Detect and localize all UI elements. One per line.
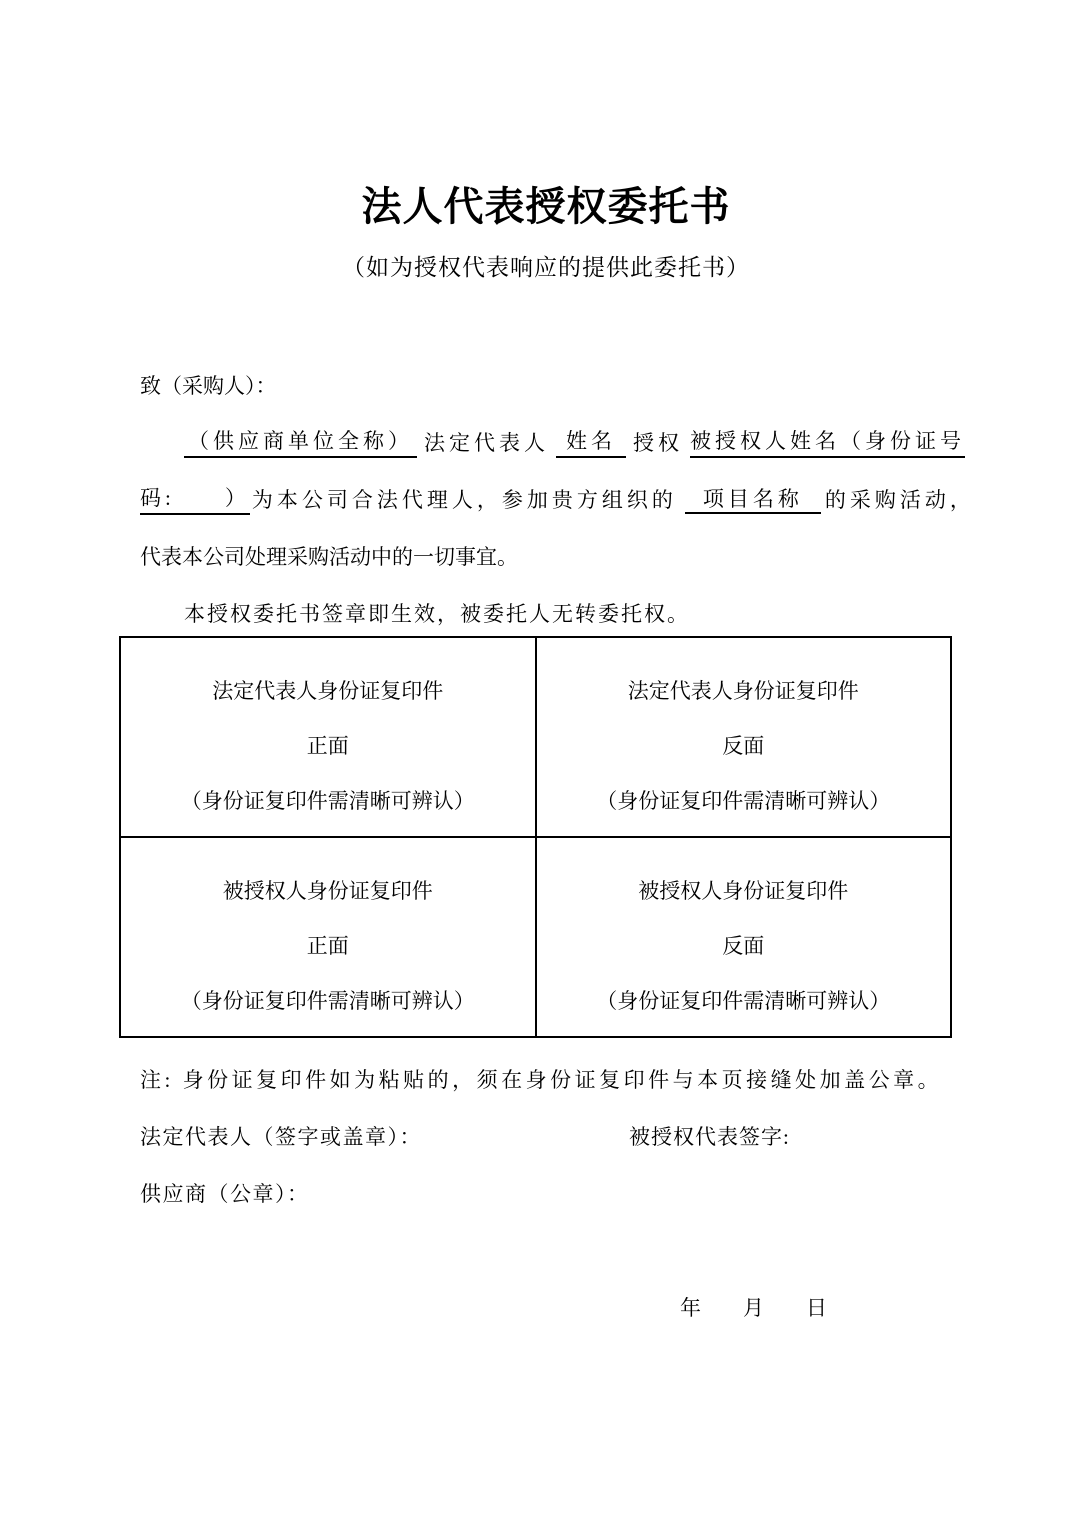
document-page: 法人代表授权委托书 （如为授权代表响应的提供此委托书） 致（采购人）： （供应商… [0, 0, 1074, 1520]
id-copy-table: 法定代表人身份证复印件 正面 （身份证复印件需清晰可辨认） 法定代表人身份证复印… [119, 636, 952, 1038]
closing-clause: 代表本公司处理采购活动中的一切事宜。 [140, 544, 518, 570]
cell-label: 法定代表人身份证复印件 [121, 664, 535, 719]
salutation-text: 致（采购人）： [140, 373, 277, 399]
cell-note: （身份证复印件需清晰可辨认） [121, 974, 535, 1029]
authorized-person-blank: 被授权人姓名（身份证号 [690, 428, 965, 458]
date-text: 年 月 日 [680, 1295, 827, 1321]
legal-rep-label: 法定代表人 [424, 430, 549, 456]
cell-authorized-front: 被授权人身份证复印件 正面 （身份证复印件需清晰可辨认） [120, 837, 536, 1037]
cell-note: （身份证复印件需清晰可辨认） [537, 974, 951, 1029]
date-line: 年 月 日 [140, 1279, 952, 1336]
note-text: 注: 身份证复印件如为粘贴的，须在身份证复印件与本页接缝处加盖公章。 [140, 1067, 942, 1093]
document-body: 法人代表授权委托书 （如为授权代表响应的提供此委托书） 致（采购人）： （供应商… [0, 0, 1074, 1336]
authorize-label: 授权 [633, 430, 683, 456]
authorization-line-1: （供应商单位全称） 法定代表人 姓名 授权 被授权人姓名（身份证号 [140, 414, 952, 471]
cell-note: （身份证复印件需清晰可辨认） [121, 774, 535, 829]
procurement-clause: 的采购活动， [825, 487, 975, 513]
cell-label: 被授权人身份证复印件 [121, 864, 535, 919]
cell-side: 正面 [121, 719, 535, 774]
table-row: 法定代表人身份证复印件 正面 （身份证复印件需清晰可辨认） 法定代表人身份证复印… [120, 637, 951, 837]
cell-label: 法定代表人身份证复印件 [537, 664, 951, 719]
salutation-line: 致（采购人）： [140, 357, 952, 414]
document-subtitle: （如为授权代表响应的提供此委托书） [140, 253, 952, 283]
signature-line: 法定代表人（签字或盖章）： 被授权代表签字: [140, 1108, 952, 1165]
agent-clause: 为本公司合法代理人，参加贵方组织的 [252, 487, 677, 513]
cell-side: 反面 [537, 719, 951, 774]
note-line: 注: 身份证复印件如为粘贴的，须在身份证复印件与本页接缝处加盖公章。 [140, 1051, 952, 1108]
cell-label: 被授权人身份证复印件 [537, 864, 951, 919]
project-name-blank: 项目名称 [685, 486, 821, 514]
id-code-blank: 码: ） [140, 485, 250, 515]
supplier-name-blank: （供应商单位全称） [184, 428, 417, 458]
cell-authorized-back: 被授权人身份证复印件 反面 （身份证复印件需清晰可辨认） [536, 837, 952, 1037]
cell-legal-rep-front: 法定代表人身份证复印件 正面 （身份证复印件需清晰可辨认） [120, 637, 536, 837]
cell-note: （身份证复印件需清晰可辨认） [537, 774, 951, 829]
effect-statement: 本授权委托书签章即生效，被委托人无转委托权。 [184, 601, 690, 627]
cell-side: 正面 [121, 919, 535, 974]
authorized-rep-signature-label: 被授权代表签字: [629, 1124, 790, 1150]
cell-side: 反面 [537, 919, 951, 974]
authorization-line-2: 码: ） 为本公司合法代理人，参加贵方组织的 项目名称 的采购活动， [140, 471, 952, 528]
authorization-line-3: 代表本公司处理采购活动中的一切事宜。 [140, 528, 952, 585]
cell-legal-rep-back: 法定代表人身份证复印件 反面 （身份证复印件需清晰可辨认） [536, 637, 952, 837]
effect-statement-line: 本授权委托书签章即生效，被委托人无转委托权。 [140, 585, 952, 642]
legal-rep-signature-label: 法定代表人（签字或盖章）： [140, 1124, 422, 1150]
supplier-seal-label: 供应商（公章）： [140, 1181, 310, 1207]
supplier-seal-line: 供应商（公章）： [140, 1165, 952, 1222]
table-row: 被授权人身份证复印件 正面 （身份证复印件需清晰可辨认） 被授权人身份证复印件 … [120, 837, 951, 1037]
rep-name-blank: 姓名 [556, 428, 626, 458]
document-title: 法人代表授权委托书 [140, 183, 952, 230]
